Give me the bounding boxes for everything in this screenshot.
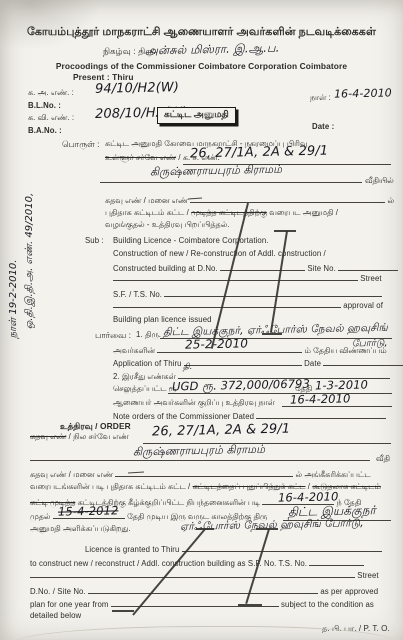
subject-street-suffix: வீதியில் — [365, 176, 394, 186]
ref-paid-underline — [168, 393, 392, 394]
ref-comm-note-handwritten: 16-4-2010 — [290, 391, 351, 406]
order-survey-handwritten: 26, 27/1A, 2A & 29/1 — [152, 422, 290, 440]
subject-build-c: வழங்குதல் - உத்திரவு பிறப்பித்தல். — [105, 220, 230, 230]
ref-comm-note: ஆணையர் அவர்களின் குறிப்பு உத்திரவு நாள் — [113, 398, 275, 408]
ref-paid-label: செலுத்தப்பட்ட ரூ — [113, 384, 176, 394]
subject-build-a: புதிதாக கட்டிடம் கட்ட / — [105, 208, 189, 217]
building-permit-stamp: கட்டிட அனுமதி — [157, 107, 236, 124]
date-label: Date : — [312, 122, 334, 131]
sub-approval-label: approval of — [343, 301, 383, 310]
bl-number-label: B.L.No. : — [28, 101, 61, 110]
licence-line5b: subject to the condition as — [281, 600, 374, 609]
ba-number-label: B.A.No. : — [28, 126, 62, 135]
order-para-a: வரைபடங்களின் படி புதிதாக கட்டிடம் கட்ட / — [30, 482, 190, 491]
sub-label: Sub : — [85, 236, 104, 245]
ref-comm-underline — [282, 406, 392, 407]
ref-note-en: Note orders of the Commissioner Dated — [113, 412, 254, 421]
licence-line1: Licence is granted to Thiru — [85, 545, 179, 554]
sub-line2: Construction of new / Re-construction of… — [113, 249, 326, 258]
cancellation-tick-lic-right-bottom — [238, 604, 262, 606]
ref-paid-date-handwritten: 1-3-2010 — [315, 377, 368, 392]
ref-date-underline — [323, 357, 403, 366]
order-from-date-handwritten: 16-4-2010 — [278, 489, 339, 504]
order-door-suffix: ல் அங்கீகரிக்கப்பட்ட — [296, 470, 371, 479]
naal-value: 16-4-2010 — [334, 86, 392, 100]
licence-line4b: as per approved — [320, 587, 378, 596]
ka-number-label: க. அ. எண். : — [28, 88, 74, 98]
subject-build-struck: முடித்த கட்டிடத்திற்கு — [191, 208, 267, 217]
sub-sf-underline — [164, 288, 382, 297]
licence-tsno-underline — [309, 557, 364, 566]
order-to-date-handwritten: 15-4-2012 — [58, 503, 119, 518]
ref-appdate-handwritten: 25-2-2010 — [185, 336, 248, 351]
subject-village-handwritten: கிருஷ்ணராயபுரம் கிராமம் — [150, 163, 282, 181]
commissioner-name-handwritten: அன்சுல் மிஸ்ரா. இ.ஆ.ப. — [145, 41, 280, 60]
ref-app-underline — [184, 357, 302, 366]
order-line1-label: / நில சர்வே எண் — [69, 432, 129, 441]
licence-street-label: Street — [357, 571, 378, 580]
subject-door-label: கதவு எண் / மனை எண் — [105, 196, 188, 205]
sub-street-underline — [113, 272, 358, 281]
order-village-handwritten: கிருஷ்ணராயபுரம் கிராமம் — [133, 443, 265, 461]
subject-label: பொருள் : — [62, 139, 100, 151]
kv-number-label: க. வி. எண். : — [28, 113, 74, 123]
paarvai-label: பார்வை : — [95, 330, 131, 342]
ref-note-underline — [256, 410, 386, 419]
licence-street-underline — [30, 569, 355, 578]
order-grant-line: அனுமதி அளிக்கப்படுகிறது. — [30, 524, 131, 534]
order-door-label: கதவு எண் / மனை எண் — [30, 470, 113, 479]
order-mudhal: முதல் — [30, 512, 51, 521]
order-line1-struck: கதவு எண் — [30, 432, 66, 441]
margin-note-date: நாள் 19-2-2010. — [8, 239, 20, 359]
licence-line2: to construct new / reconstruct / Addl. c… — [30, 559, 307, 568]
ref-item1-no: 1. திரு. — [136, 330, 161, 340]
subject-survey-value: 26, 27/1A, 2A & 29/1 — [190, 144, 328, 162]
order-grantee2-handwritten: ஏர்ஃபோர்ஸ் நேவல் ஹவுசிங் போர்டு, — [180, 517, 364, 534]
licence-dno-underline — [88, 585, 318, 594]
subject-street-underline — [100, 182, 362, 183]
ref-date-en: Date — [304, 359, 321, 368]
ref-item2: 2. இரசீது எண்கள் — [113, 372, 176, 381]
subject-survey-struck: உள்ளூர் சர்வே எண் — [105, 153, 176, 162]
ref-date-suffix: ம் தேதிய விண்ணப்பம் — [305, 346, 387, 355]
cancellation-tick-lic-left-bottom — [112, 610, 134, 612]
scanned-proceedings-document: கோயம்புத்தூர் மாநகராட்சி ஆணையாளர் அவர்கள… — [0, 0, 403, 640]
sub-line7: Building plan licence issued — [113, 315, 212, 324]
document-title-english: Procoodings of the Commissioner Coimbato… — [0, 61, 403, 71]
ref-app-en: Application of Thiru — [113, 359, 182, 368]
order-street-underline — [30, 460, 370, 461]
subject-door-underline — [190, 194, 385, 203]
sub-line1: Building Licence - Coimbatore Corportati… — [113, 236, 269, 245]
order-veethi: வீதி — [376, 454, 390, 464]
licence-name-underline — [182, 543, 382, 552]
licence-line4a: D.No. / Site No. — [30, 587, 86, 596]
subject-door-suffix: ல் — [388, 196, 395, 205]
ka-number-value: 94/10/H2(W) — [95, 80, 179, 97]
sub-sf-label: S.F. / T.S. No. — [113, 290, 162, 299]
sub-approval-underline — [113, 299, 341, 308]
margin-note-ref: ஒ.தி.இ.தி.அ. எண். 49/2010, — [24, 156, 36, 366]
sub-street-label: Street — [360, 274, 381, 283]
naal-label: நாள் : — [310, 93, 331, 103]
cancellation-tick-sub-bottom — [262, 333, 282, 335]
ref-avargalin: அவர்களின் — [113, 346, 155, 355]
subject-build-b: வரைபட அனுமதி / — [269, 208, 338, 217]
sub-siteno-underline — [338, 262, 398, 271]
document-title-tamil: கோயம்புத்தூர் மாநகராட்சி ஆணையாளர் அவர்கள… — [0, 26, 403, 40]
licence-line5a: plan for one year from — [30, 600, 108, 609]
licence-line6: detailed below — [30, 611, 81, 620]
